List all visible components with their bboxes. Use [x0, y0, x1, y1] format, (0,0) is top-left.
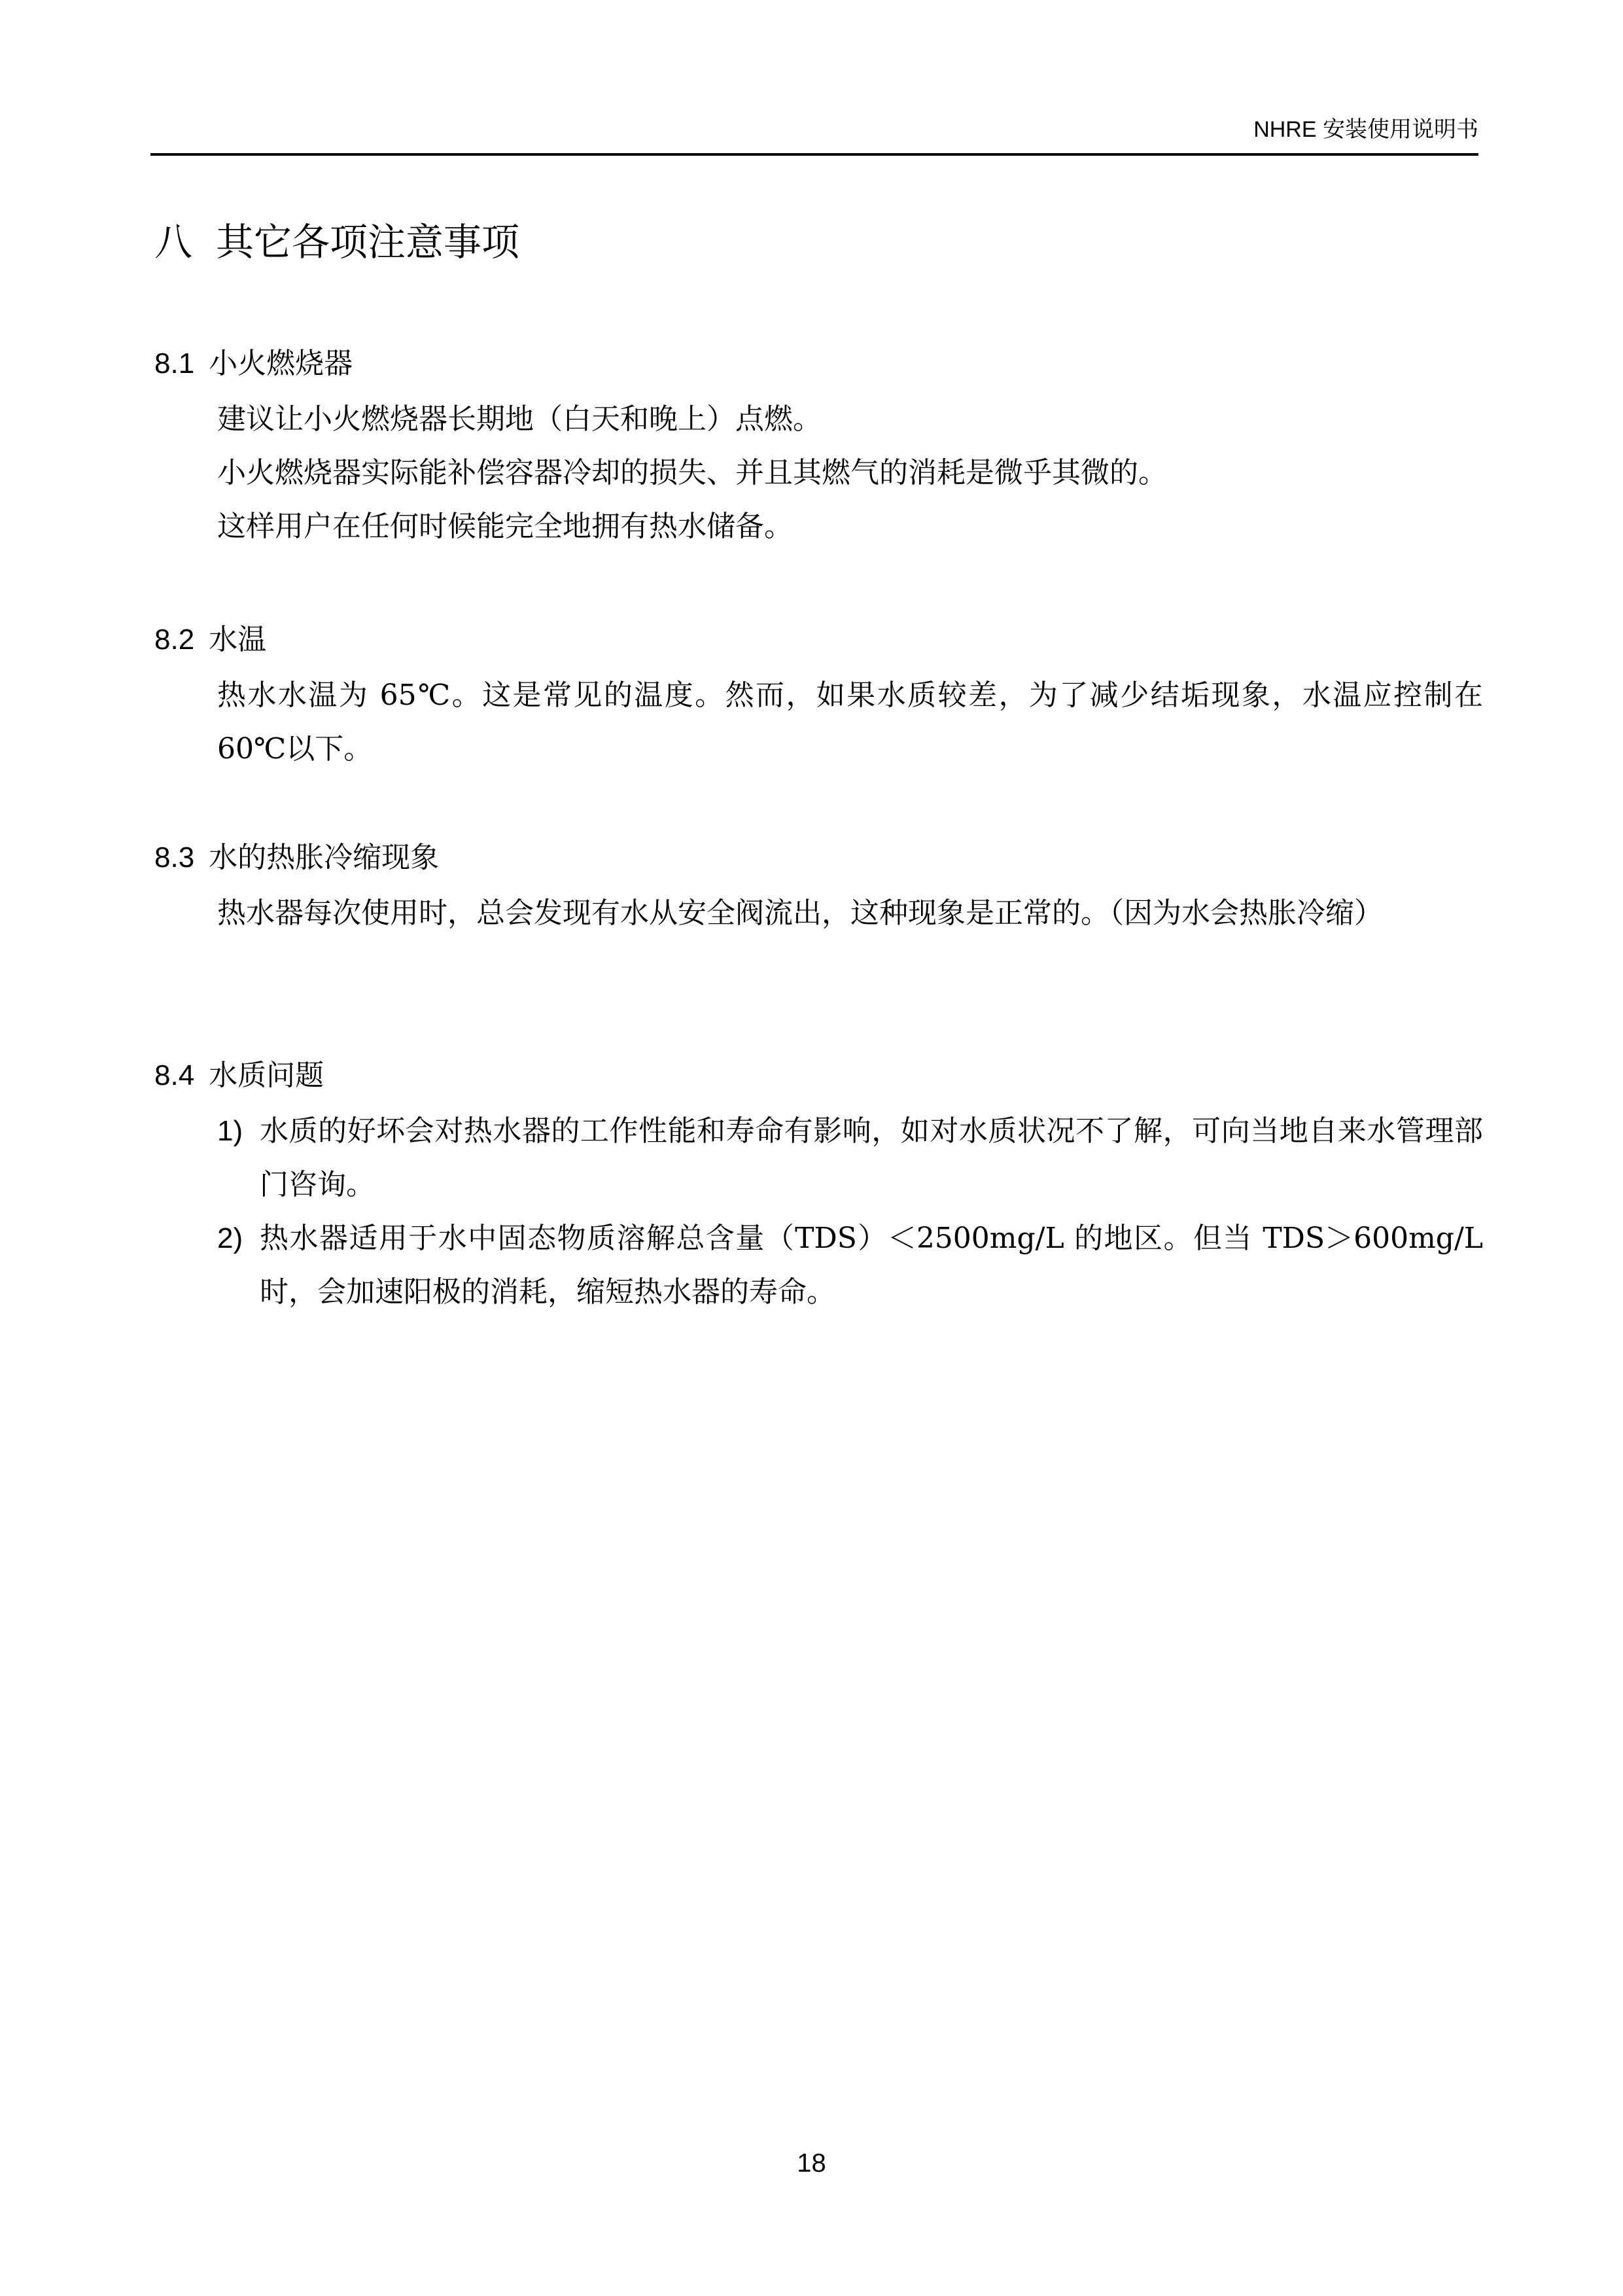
- section-number: 8.1: [154, 347, 194, 380]
- section-number: 8.3: [154, 841, 194, 874]
- section-title: 水的热胀冷缩现象: [209, 841, 439, 874]
- chapter-heading: 其它各项注意事项: [216, 220, 519, 264]
- section-title: 小火燃烧器: [209, 347, 353, 380]
- section-heading: 8.2水温: [154, 622, 1489, 658]
- section-8-2: 8.2水温 热水水温为 65℃。这是常见的温度。然而，如果水质较差，为了减少结垢…: [154, 622, 1489, 776]
- paragraph: 这样用户在任何时候能完全地拥有热水储备。: [217, 500, 1483, 554]
- document-title: NHRE 安装使用说明书: [1253, 116, 1478, 143]
- list-marker: 1): [217, 1104, 243, 1158]
- list-item: 1) 水质的好坏会对热水器的工作性能和寿命有影响，如对水质状况不了解，可向当地自…: [217, 1104, 1483, 1212]
- chapter-number: 八: [154, 220, 192, 264]
- section-number: 8.4: [154, 1059, 194, 1091]
- paragraph: 热水器每次使用时，总会发现有水从安全阀流出，这种现象是正常的。（因为水会热胀冷缩…: [217, 887, 1483, 940]
- section-title: 水温: [209, 623, 266, 656]
- list-marker: 2): [217, 1212, 243, 1265]
- list-item-text: 热水器适用于水中固态物质溶解总含量（TDS）＜2500mg/L 的地区。但当 T…: [260, 1222, 1483, 1309]
- paragraph: 建议让小火燃烧器长期地（白天和晚上）点燃。: [217, 393, 1483, 446]
- page-number: 18: [0, 2147, 1623, 2179]
- section-heading: 8.3水的热胀冷缩现象: [154, 839, 1489, 876]
- chapter-title: 八其它各项注意事项: [154, 219, 519, 265]
- section-heading: 8.1小火燃烧器: [154, 345, 1489, 382]
- paragraph: 小火燃烧器实际能补偿容器冷却的损失、并且其燃气的消耗是微乎其微的。: [217, 446, 1483, 500]
- section-8-1: 8.1小火燃烧器 建议让小火燃烧器长期地（白天和晚上）点燃。 小火燃烧器实际能补…: [154, 345, 1489, 554]
- section-title: 水质问题: [209, 1059, 324, 1092]
- section-heading: 8.4水质问题: [154, 1057, 1489, 1094]
- paragraph: 热水水温为 65℃。这是常见的温度。然而，如果水质较差，为了减少结垢现象，水温应…: [217, 669, 1483, 776]
- list-item: 2) 热水器适用于水中固态物质溶解总含量（TDS）＜2500mg/L 的地区。但…: [217, 1212, 1483, 1319]
- section-number: 8.2: [154, 624, 194, 656]
- list-item-text: 水质的好坏会对热水器的工作性能和寿命有影响，如对水质状况不了解，可向当地自来水管…: [260, 1114, 1483, 1201]
- section-8-3: 8.3水的热胀冷缩现象 热水器每次使用时，总会发现有水从安全阀流出，这种现象是正…: [154, 839, 1489, 940]
- page-header: NHRE 安装使用说明书: [150, 116, 1478, 156]
- section-8-4: 8.4水质问题 1) 水质的好坏会对热水器的工作性能和寿命有影响，如对水质状况不…: [154, 1057, 1489, 1319]
